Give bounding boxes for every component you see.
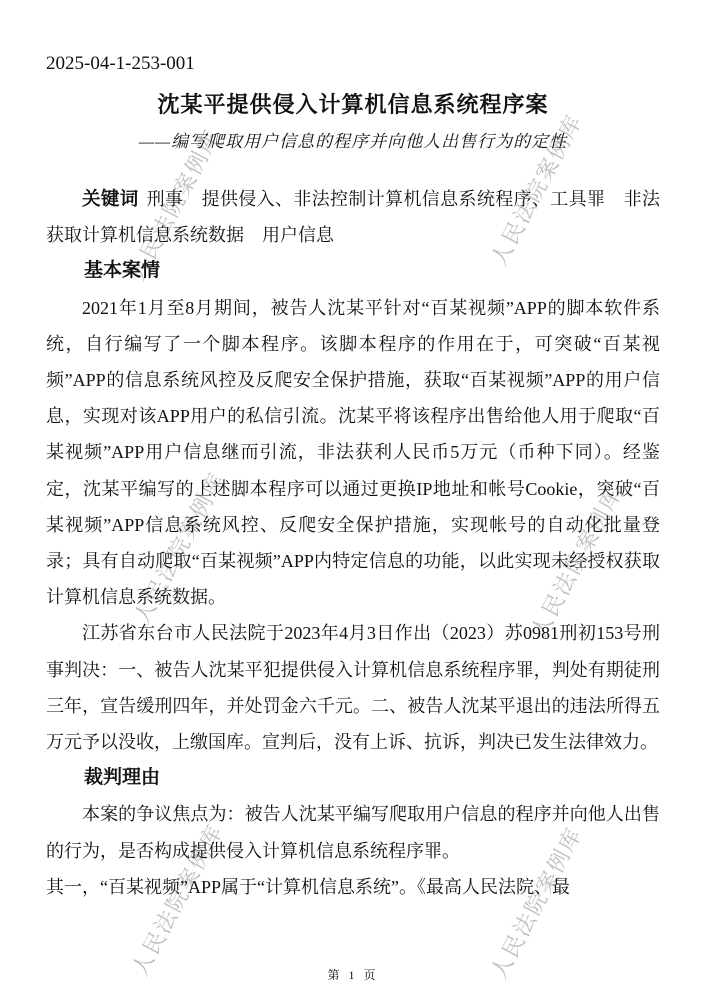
basic-facts-paragraph-1: 2021年1月至8月期间，被告人沈某平针对“百某视频”APP的脚本软件系统，自行… [46, 290, 660, 616]
keywords-line: 关键词刑事 提供侵入、非法控制计算机信息系统程序、工具罪 非法获取计算机信息系统… [46, 181, 660, 253]
section-heading-basic-facts: 基本案情 [46, 253, 660, 289]
case-title: 沈某平提供侵入计算机信息系统程序案 [46, 90, 660, 120]
document-page: 人民法院案例库 人民法院案例库 人民法院案例库 人民法院案例库 人民法院案例库 … [0, 0, 706, 999]
basic-facts-paragraph-2: 江苏省东台市人民法院于2023年4月3日作出（2023）苏0981刑初153号刑… [46, 615, 660, 760]
document-content: 2025-04-1-253-001 沈某平提供侵入计算机信息系统程序案 ——编写… [0, 0, 706, 905]
section-heading-judgment-reasons: 裁判理由 [46, 760, 660, 796]
page-footer: 第 1 页 [0, 966, 706, 983]
judgment-reasons-paragraph-1: 本案的争议焦点为：被告人沈某平编写爬取用户信息的程序并向他人出售的行为，是否构成… [46, 796, 660, 868]
case-subtitle: ——编写爬取用户信息的程序并向他人出售行为的定性 [46, 130, 660, 154]
keywords-label: 关键词 [82, 188, 139, 209]
case-number: 2025-04-1-253-001 [46, 50, 660, 78]
judgment-reasons-paragraph-2: 其一，“百某视频”APP属于“计算机信息系统”。《最高人民法院、最 [46, 869, 660, 905]
